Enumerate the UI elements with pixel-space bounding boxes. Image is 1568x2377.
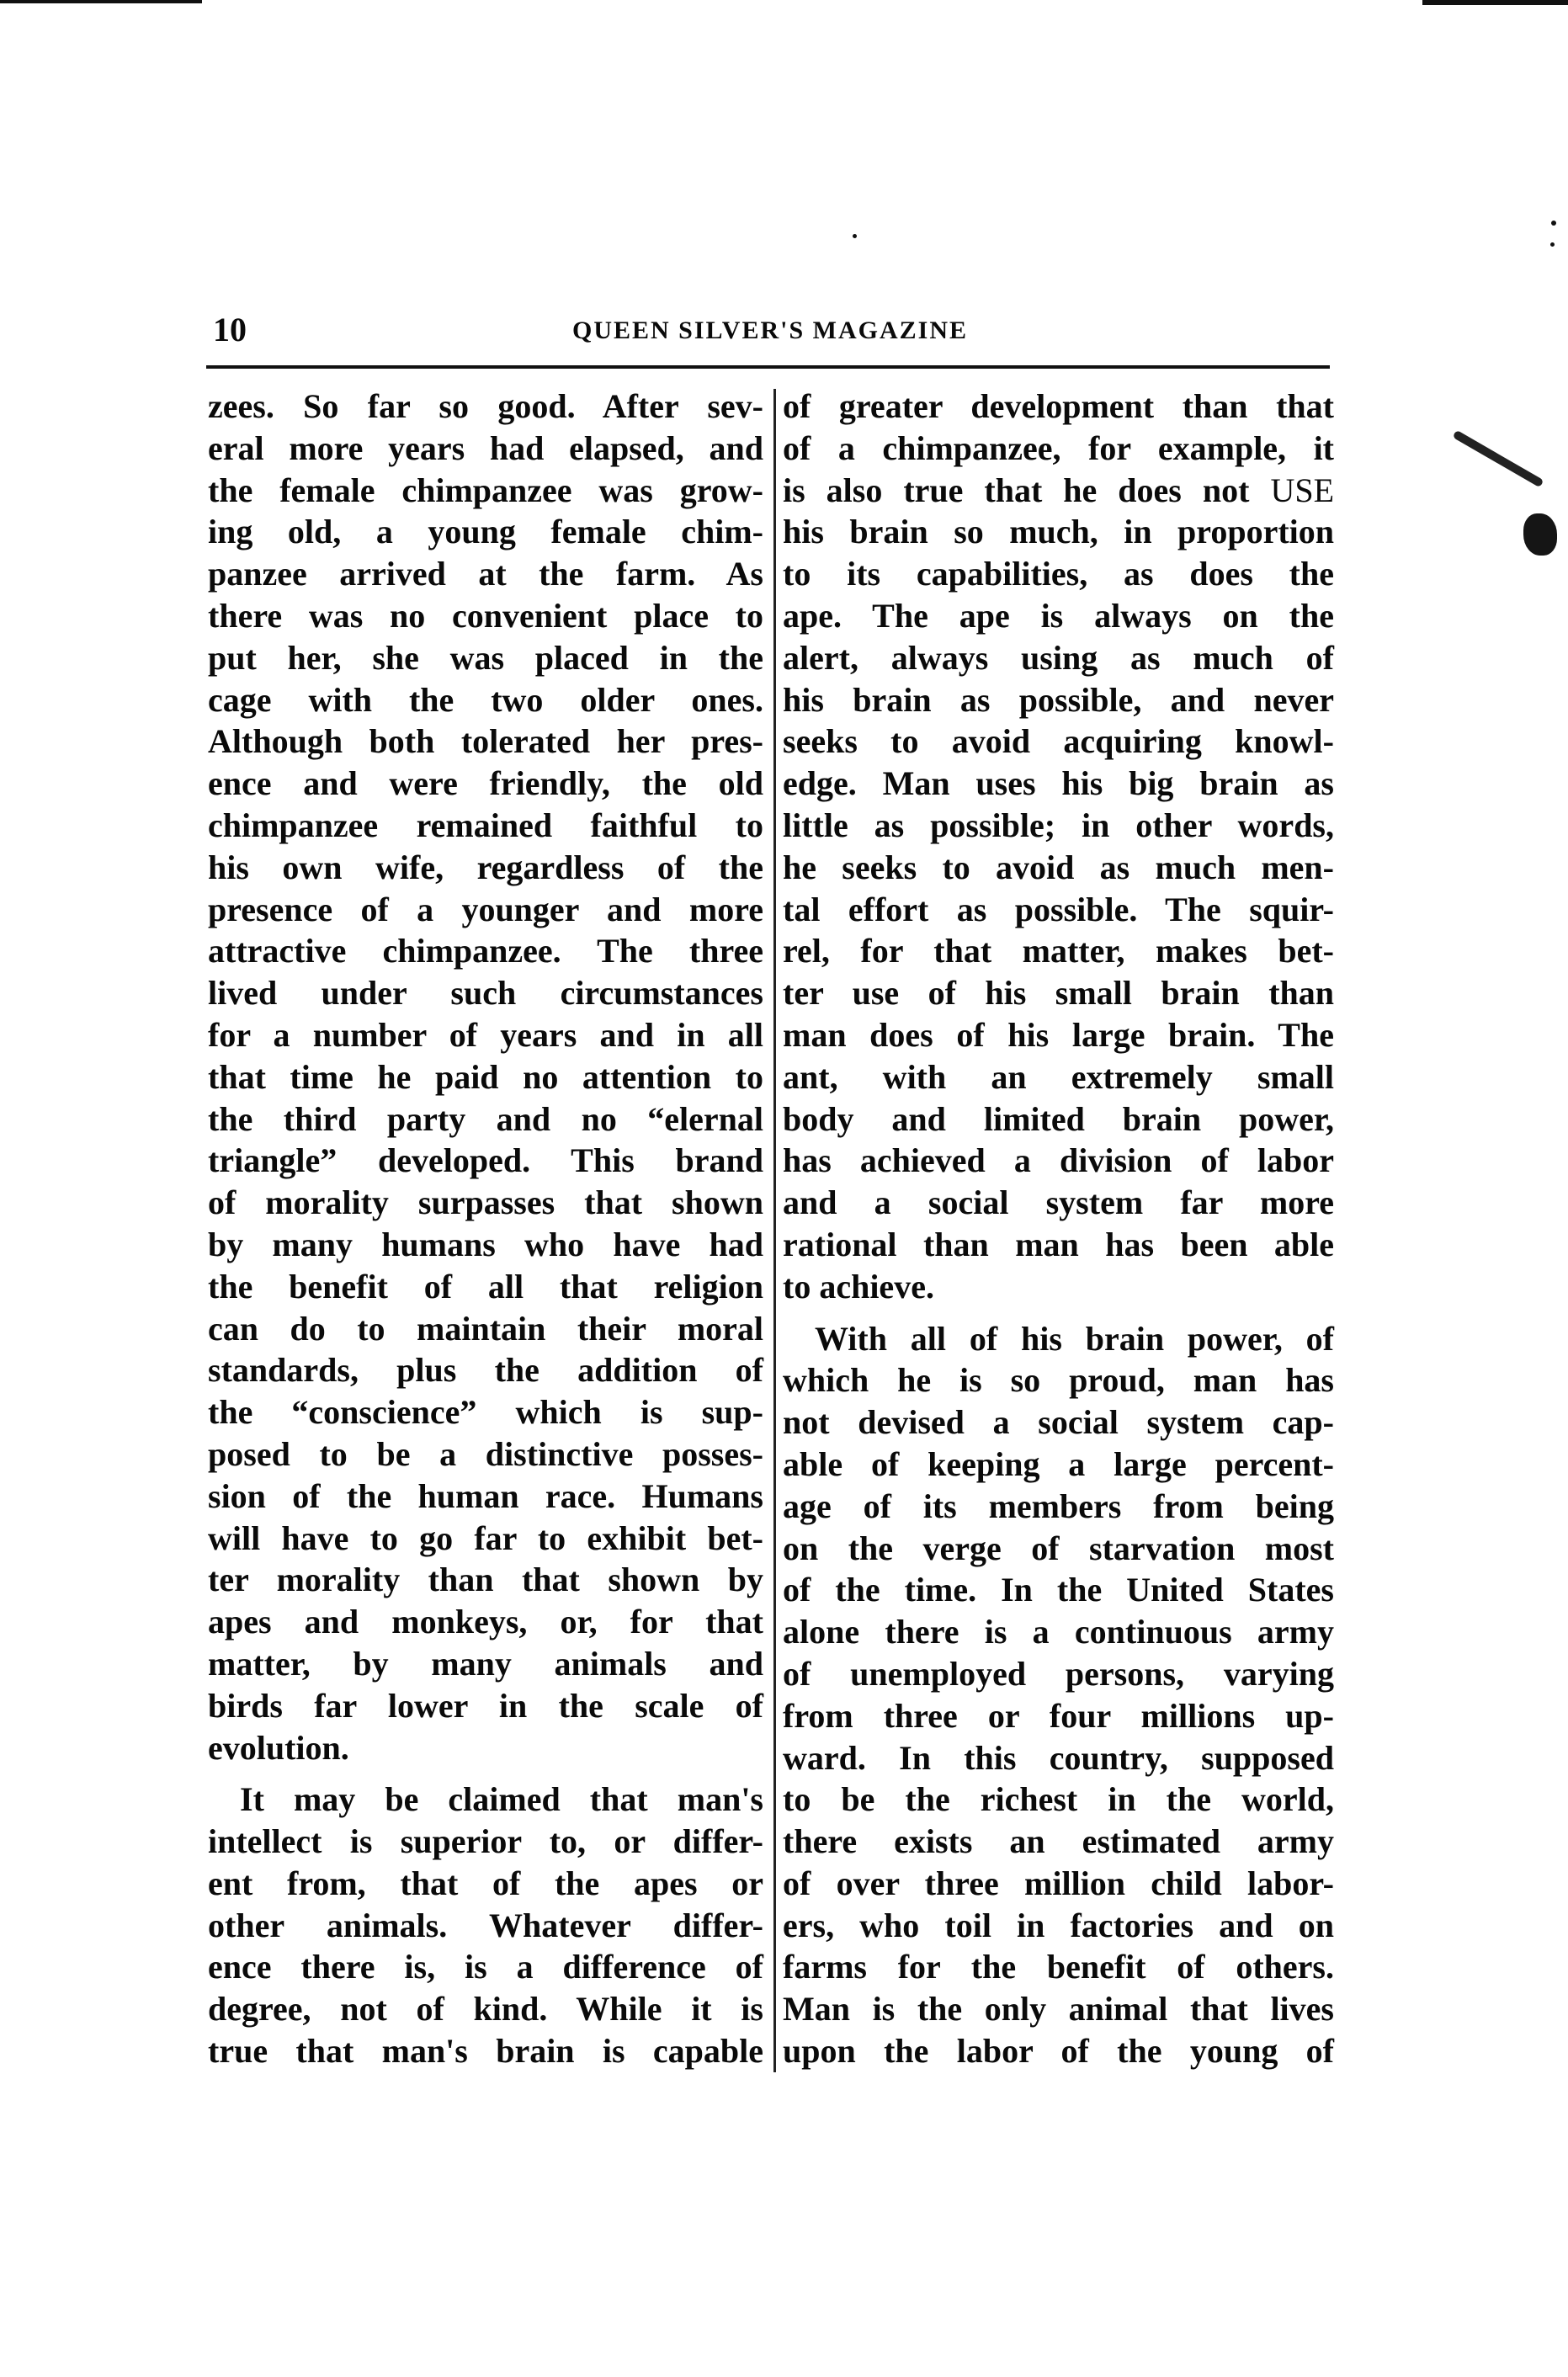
text-line: matter, by many animals and (208, 1643, 763, 1685)
text-line: he seeks to avoid as much men- (783, 847, 1334, 889)
text-line: put her, she was placed in the (208, 637, 763, 679)
header-rule (206, 365, 1330, 369)
text-line: of greater development than that (783, 386, 1334, 428)
text-line: by many humans who have had (208, 1224, 763, 1266)
text-line: panzee arrived at the farm. As (208, 553, 763, 595)
text-line: apes and monkeys, or, for that (208, 1601, 763, 1643)
text-line: and a social system far more (783, 1182, 1334, 1224)
text-line: to be the richest in the world, (783, 1779, 1334, 1821)
text-line: his brain so much, in proportion (783, 511, 1334, 553)
text-line: of over three million child labor- (783, 1863, 1334, 1905)
column-divider (773, 389, 776, 2072)
text-fragment: is also true that he does not (783, 471, 1249, 509)
text-line: his brain as possible, and never (783, 679, 1334, 721)
paragraph: It may be claimed that man's intellect i… (208, 1779, 763, 2072)
page-header: 10 QUEEN SILVER'S MAGAZINE (206, 305, 1334, 355)
text-line: tal effort as possible. The squir- (783, 889, 1334, 931)
text-line: rational than man has been able (783, 1224, 1334, 1266)
text-line: ter use of his small brain than (783, 972, 1334, 1014)
text-line: has achieved a division of labor (783, 1140, 1334, 1182)
text-line: the “conscience” which is sup- (208, 1391, 763, 1433)
text-line: seeks to avoid acquiring knowl- (783, 721, 1334, 763)
text-line: alone there is a continuous army (783, 1611, 1334, 1653)
text-line: the benefit of all that religion (208, 1266, 763, 1308)
text-line: rel, for that matter, makes bet- (783, 930, 1334, 972)
text-line: age of its members from being (783, 1486, 1334, 1528)
text-line: for a number of years and in all (208, 1014, 763, 1056)
text-line: ent from, that of the apes or (208, 1863, 763, 1905)
text-line: the female chimpanzee was grow- (208, 470, 763, 512)
text-line: true that man's brain is capable (208, 2030, 763, 2072)
text-line: of morality surpasses that shown (208, 1182, 763, 1224)
text-line: evolution. (208, 1727, 763, 1769)
text-line: sion of the human race. Humans (208, 1476, 763, 1518)
text-line: able of keeping a large percent- (783, 1444, 1334, 1486)
text-line: ant, with an extremely small (783, 1056, 1334, 1098)
text-line: posed to be a distinctive posses- (208, 1433, 763, 1476)
text-line: ence and were friendly, the old (208, 763, 763, 805)
paragraph: zees. So far so good. After sev- eral mo… (208, 386, 763, 1768)
emphasis-word: USE (1270, 471, 1334, 509)
text-line: It may be claimed that man's (208, 1779, 763, 1821)
paragraph: With all of his brain power, of which he… (783, 1318, 1334, 2072)
scan-speck (853, 234, 857, 238)
scan-artifact (1523, 513, 1557, 556)
text-line: ward. In this country, supposed (783, 1737, 1334, 1779)
text-line: ing old, a young female chim- (208, 511, 763, 553)
text-line: of the time. In the United States (783, 1569, 1334, 1611)
paragraph: of greater development than that of a ch… (783, 386, 1334, 1308)
text-line: man does of his large brain. The (783, 1014, 1334, 1056)
text-line: Man is the only animal that lives (783, 1988, 1334, 2030)
scan-edge-mark (0, 0, 202, 3)
text-line: ter morality than that shown by (208, 1559, 763, 1601)
text-line: there exists an estimated army (783, 1821, 1334, 1863)
text-line: from three or four millions up- (783, 1695, 1334, 1737)
text-line: lived under such circumstances (208, 972, 763, 1014)
text-line: With all of his brain power, of (783, 1318, 1334, 1360)
text-line: presence of a younger and more (208, 889, 763, 931)
scan-artifact (1453, 430, 1544, 488)
text-line: of unemployed persons, varying (783, 1653, 1334, 1695)
text-line: degree, not of kind. While it is (208, 1988, 763, 2030)
left-column: zees. So far so good. After sev- eral mo… (208, 386, 763, 2072)
text-line: birds far lower in the scale of (208, 1685, 763, 1727)
text-line: triangle” developed. This brand (208, 1140, 763, 1182)
text-line: not devised a social system cap- (783, 1401, 1334, 1444)
text-line: can do to maintain their moral (208, 1308, 763, 1350)
text-line: standards, plus the addition of (208, 1349, 763, 1391)
scan-edge-mark (1422, 0, 1568, 5)
scan-speck (1551, 221, 1556, 226)
text-line: edge. Man uses his big brain as (783, 763, 1334, 805)
text-line: is also true that he does not USE (783, 470, 1334, 512)
text-line: to its capabilities, as does the (783, 553, 1334, 595)
text-line: of a chimpanzee, for example, it (783, 428, 1334, 470)
text-line: there was no convenient place to (208, 595, 763, 637)
text-line: his own wife, regardless of the (208, 847, 763, 889)
text-line: Although both tolerated her pres- (208, 721, 763, 763)
text-line: farms for the benefit of others. (783, 1946, 1334, 1988)
text-line: ape. The ape is always on the (783, 595, 1334, 637)
text-line: attractive chimpanzee. The three (208, 930, 763, 972)
text-line: which he is so proud, man has (783, 1359, 1334, 1401)
scan-speck (1550, 242, 1555, 247)
text-line: to achieve. (783, 1266, 1334, 1308)
text-line: ence there is, is a difference of (208, 1946, 763, 1988)
text-line: intellect is superior to, or differ- (208, 1821, 763, 1863)
text-line: will have to go far to exhibit bet- (208, 1518, 763, 1560)
right-column: of greater development than that of a ch… (783, 386, 1334, 2072)
text-line: other animals. Whatever differ- (208, 1905, 763, 1947)
text-line: on the verge of starvation most (783, 1528, 1334, 1570)
text-line: that time he paid no attention to (208, 1056, 763, 1098)
text-line: body and limited brain power, (783, 1098, 1334, 1141)
text-line: zees. So far so good. After sev- (208, 386, 763, 428)
text-line: chimpanzee remained faithful to (208, 805, 763, 847)
text-line: little as possible; in other words, (783, 805, 1334, 847)
running-title: QUEEN SILVER'S MAGAZINE (206, 316, 1334, 345)
text-line: eral more years had elapsed, and (208, 428, 763, 470)
text-line: upon the labor of the young of (783, 2030, 1334, 2072)
text-line: the third party and no “elernal (208, 1098, 763, 1141)
text-line: ers, who toil in factories and on (783, 1905, 1334, 1947)
text-line: cage with the two older ones. (208, 679, 763, 721)
text-line: alert, always using as much of (783, 637, 1334, 679)
